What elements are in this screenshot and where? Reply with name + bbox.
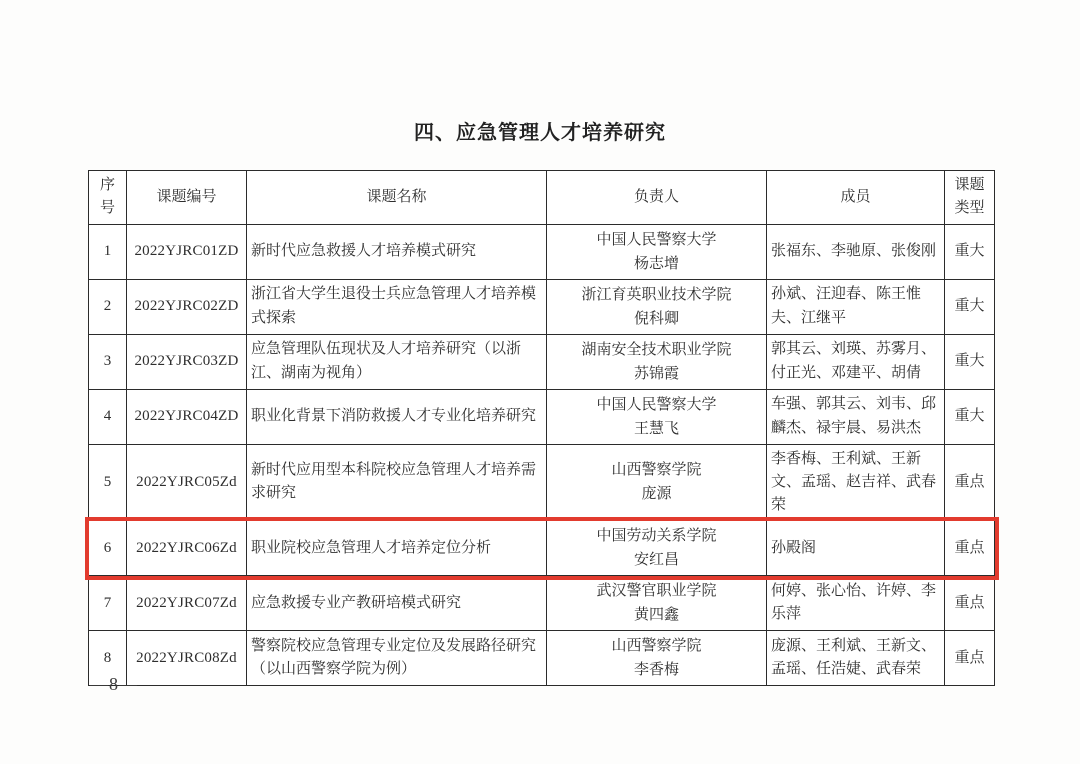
table-row: 7 2022YJRC07Zd 应急救援专业产教研培模式研究 武汉警官职业学院 黄… — [89, 576, 995, 631]
project-leader: 中国劳动关系学院 安红昌 — [547, 521, 767, 576]
header-name: 课题名称 — [247, 171, 547, 225]
leader-org: 中国劳动关系学院 — [551, 524, 762, 548]
project-leader: 中国人民警察大学 杨志增 — [547, 224, 767, 279]
row-no: 2 — [89, 279, 127, 334]
table-row: 1 2022YJRC01ZD 新时代应急救援人才培养模式研究 中国人民警察大学 … — [89, 224, 995, 279]
header-leader: 负责人 — [547, 171, 767, 225]
leader-org: 山西警察学院 — [551, 634, 762, 658]
row-no: 3 — [89, 334, 127, 389]
table-row: 5 2022YJRC05Zd 新时代应用型本科院校应急管理人才培养需求研究 山西… — [89, 444, 995, 521]
header-type: 课题类型 — [945, 171, 995, 225]
leader-org: 武汉警官职业学院 — [551, 579, 762, 603]
project-members: 何婷、张心怡、许婷、李乐萍 — [767, 576, 945, 631]
row-no: 7 — [89, 576, 127, 631]
project-leader: 武汉警官职业学院 黄四鑫 — [547, 576, 767, 631]
project-code: 2022YJRC02ZD — [127, 279, 247, 334]
project-code: 2022YJRC07Zd — [127, 576, 247, 631]
project-leader: 山西警察学院 庞源 — [547, 444, 767, 521]
project-name: 职业院校应急管理人才培养定位分析 — [247, 521, 547, 576]
leader-name: 苏锦霞 — [551, 362, 762, 386]
project-members: 孙殿阁 — [767, 521, 945, 576]
project-members: 车强、郭其云、刘韦、邱麟杰、禄宇晨、易洪杰 — [767, 389, 945, 444]
research-projects-table: 序号 课题编号 课题名称 负责人 成员 课题类型 1 2022YJRC01ZD … — [88, 170, 995, 686]
header-members: 成员 — [767, 171, 945, 225]
leader-name: 杨志增 — [551, 252, 762, 276]
table-row: 8 2022YJRC08Zd 警察院校应急管理专业定位及发展路径研究（以山西警察… — [89, 631, 995, 686]
leader-name: 黄四鑫 — [551, 603, 762, 627]
row-no: 5 — [89, 444, 127, 521]
project-code: 2022YJRC03ZD — [127, 334, 247, 389]
project-name: 浙江省大学生退役士兵应急管理人才培养模式探索 — [247, 279, 547, 334]
leader-org: 中国人民警察大学 — [551, 393, 762, 417]
table-header: 序号 课题编号 课题名称 负责人 成员 课题类型 — [89, 171, 995, 225]
header-row: 序号 课题编号 课题名称 负责人 成员 课题类型 — [89, 171, 995, 225]
project-name: 职业化背景下消防救援人才专业化培养研究 — [247, 389, 547, 444]
project-leader: 山西警察学院 李香梅 — [547, 631, 767, 686]
leader-name: 倪科卿 — [551, 307, 762, 331]
row-no: 4 — [89, 389, 127, 444]
project-name: 应急管理队伍现状及人才培养研究（以浙江、湖南为视角） — [247, 334, 547, 389]
row-no: 1 — [89, 224, 127, 279]
table-row: 4 2022YJRC04ZD 职业化背景下消防救援人才专业化培养研究 中国人民警… — [89, 389, 995, 444]
project-members: 李香梅、王利斌、王新文、孟瑶、赵吉祥、武春荣 — [767, 444, 945, 521]
project-code: 2022YJRC06Zd — [127, 521, 247, 576]
leader-name: 庞源 — [551, 482, 762, 506]
project-name: 警察院校应急管理专业定位及发展路径研究（以山西警察学院为例） — [247, 631, 547, 686]
leader-org: 湖南安全技术职业学院 — [551, 338, 762, 362]
project-leader: 湖南安全技术职业学院 苏锦霞 — [547, 334, 767, 389]
project-type: 重大 — [945, 334, 995, 389]
leader-org: 山西警察学院 — [551, 458, 762, 482]
page-title: 四、应急管理人才培养研究 — [0, 116, 1080, 145]
project-code: 2022YJRC05Zd — [127, 444, 247, 521]
project-type: 重点 — [945, 521, 995, 576]
project-leader: 浙江育英职业技术学院 倪科卿 — [547, 279, 767, 334]
table-row: 2 2022YJRC02ZD 浙江省大学生退役士兵应急管理人才培养模式探索 浙江… — [89, 279, 995, 334]
page-number: —8— — [90, 674, 138, 695]
project-type: 重点 — [945, 444, 995, 521]
table-row-highlighted: 6 2022YJRC06Zd 职业院校应急管理人才培养定位分析 中国劳动关系学院… — [89, 521, 995, 576]
project-name: 应急救援专业产教研培模式研究 — [247, 576, 547, 631]
project-members: 孙斌、汪迎春、陈王惟夫、江继平 — [767, 279, 945, 334]
row-no: 6 — [89, 521, 127, 576]
project-type: 重大 — [945, 279, 995, 334]
project-members: 郭其云、刘瑛、苏雾月、付正光、邓建平、胡倩 — [767, 334, 945, 389]
project-type: 重点 — [945, 576, 995, 631]
project-type: 重大 — [945, 224, 995, 279]
project-name: 新时代应用型本科院校应急管理人才培养需求研究 — [247, 444, 547, 521]
header-code: 课题编号 — [127, 171, 247, 225]
project-code: 2022YJRC04ZD — [127, 389, 247, 444]
leader-name: 王慧飞 — [551, 417, 762, 441]
project-members: 张福东、李驰原、张俊刚 — [767, 224, 945, 279]
leader-name: 安红昌 — [551, 548, 762, 572]
header-no: 序号 — [89, 171, 127, 225]
project-type: 重点 — [945, 631, 995, 686]
leader-org: 中国人民警察大学 — [551, 228, 762, 252]
project-code: 2022YJRC01ZD — [127, 224, 247, 279]
project-type: 重大 — [945, 389, 995, 444]
leader-name: 李香梅 — [551, 658, 762, 682]
leader-org: 浙江育英职业技术学院 — [551, 283, 762, 307]
project-leader: 中国人民警察大学 王慧飞 — [547, 389, 767, 444]
project-members: 庞源、王利斌、王新文、孟瑶、任浩婕、武春荣 — [767, 631, 945, 686]
table-row: 3 2022YJRC03ZD 应急管理队伍现状及人才培养研究（以浙江、湖南为视角… — [89, 334, 995, 389]
project-code: 2022YJRC08Zd — [127, 631, 247, 686]
project-name: 新时代应急救援人才培养模式研究 — [247, 224, 547, 279]
